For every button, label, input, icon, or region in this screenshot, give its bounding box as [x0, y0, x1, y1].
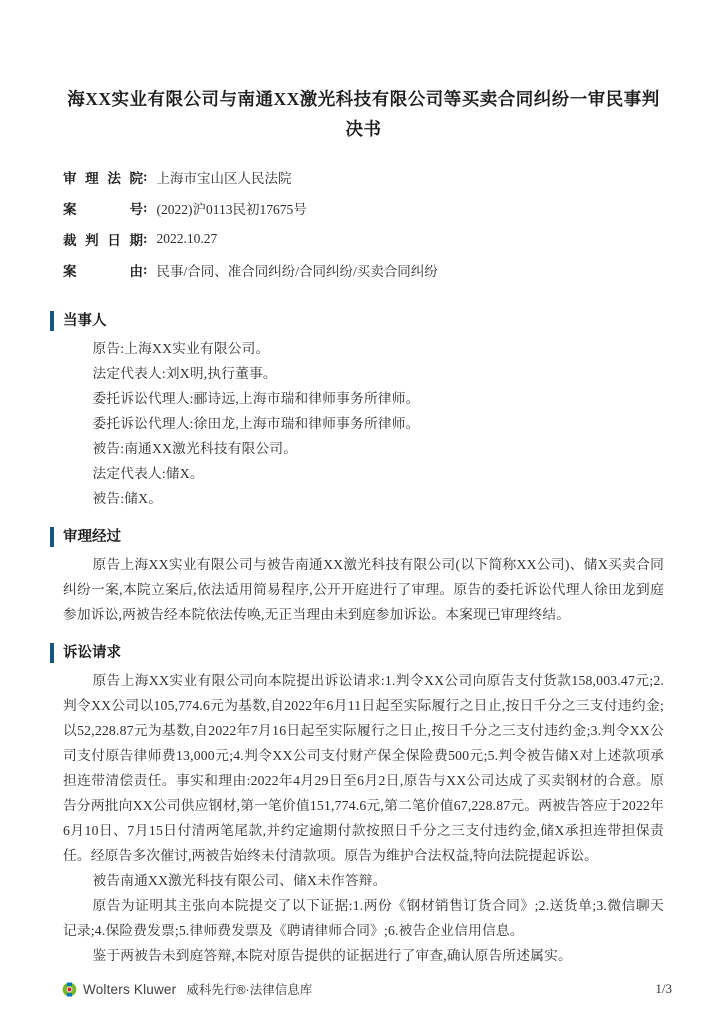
- paragraph: 被告:储X。: [63, 486, 664, 511]
- meta-colon: :: [143, 169, 148, 185]
- paragraph: 原告:上海XX实业有限公司。: [63, 336, 664, 361]
- meta-value: 民事/合同、准合同纠纷/合同纠纷/买卖合同纠纷: [157, 260, 438, 280]
- document-page: 海XX实业有限公司与南通XX激光科技有限公司等买卖合同纠纷一审民事判决书 审理法…: [0, 0, 724, 1024]
- meta-row-judgment-date: 裁判日期:2022.10.27: [63, 223, 664, 254]
- wolters-kluwer-logo-icon: [62, 982, 77, 997]
- paragraph: 委托诉讼代理人:徐田龙,上海市瑞和律师事务所律师。: [63, 411, 664, 436]
- section-heading: 当事人: [50, 311, 664, 331]
- paragraph: 法定代表人:储X。: [63, 461, 664, 486]
- paragraph: 被告南通XX激光科技有限公司、储X未作答辩。: [63, 868, 664, 893]
- product-name: 威科先行®·法律信息库: [186, 980, 312, 998]
- section-trial-process: 审理经过 原告上海XX实业有限公司与被告南通XX激光科技有限公司(以下简称XX公…: [63, 527, 664, 627]
- page-footer: Wolters Kluwer 威科先行®·法律信息库 1/3: [62, 980, 672, 998]
- page-number: 1/3: [655, 981, 672, 997]
- document-title: 海XX实业有限公司与南通XX激光科技有限公司等买卖合同纠纷一审民事判决书: [67, 84, 660, 144]
- meta-colon: :: [143, 231, 148, 247]
- meta-row-court: 审理法院:上海市宝山区人民法院: [63, 161, 664, 192]
- section-heading: 审理经过: [50, 527, 664, 547]
- meta-label: 案由: [63, 260, 143, 280]
- meta-row-cause-of-action: 案由:民事/合同、准合同纠纷/合同纠纷/买卖合同纠纷: [63, 254, 664, 285]
- meta-row-case-number: 案号:(2022)沪0113民初17675号: [63, 192, 664, 223]
- section-claims: 诉讼请求 原告上海XX实业有限公司向本院提出诉讼请求:1.判令XX公司向原告支付…: [63, 643, 664, 968]
- section-heading: 诉讼请求: [50, 643, 664, 663]
- paragraph: 原告上海XX实业有限公司与被告南通XX激光科技有限公司(以下简称XX公司)、储X…: [63, 552, 664, 627]
- brand-wordmark: Wolters Kluwer: [83, 982, 176, 997]
- metadata-block: 审理法院:上海市宝山区人民法院 案号:(2022)沪0113民初17675号 裁…: [63, 161, 664, 285]
- meta-label: 审理法院: [63, 167, 143, 187]
- paragraph: 法定代表人:刘X明,执行董事。: [63, 361, 664, 386]
- paragraph: 原告上海XX实业有限公司向本院提出诉讼请求:1.判令XX公司向原告支付货款158…: [63, 668, 664, 868]
- meta-value: 上海市宝山区人民法院: [157, 167, 292, 187]
- paragraph: 被告:南通XX激光科技有限公司。: [63, 436, 664, 461]
- paragraph: 鉴于两被告未到庭答辩,本院对原告提供的证据进行了审查,确认原告所述属实。: [63, 943, 664, 968]
- meta-colon: :: [143, 200, 148, 216]
- meta-label: 案号: [63, 198, 143, 218]
- paragraph: 委托诉讼代理人:郦诗远,上海市瑞和律师事务所律师。: [63, 386, 664, 411]
- meta-colon: :: [143, 262, 148, 278]
- paragraph: 原告为证明其主张向本院提交了以下证据:1.两份《钢材销售订货合同》;2.送货单;…: [63, 893, 664, 943]
- meta-label: 裁判日期: [63, 229, 143, 249]
- meta-value: (2022)沪0113民初17675号: [157, 198, 307, 218]
- footer-brand-group: Wolters Kluwer 威科先行®·法律信息库: [62, 980, 312, 998]
- meta-value: 2022.10.27: [157, 231, 218, 247]
- section-parties: 当事人 原告:上海XX实业有限公司。 法定代表人:刘X明,执行董事。 委托诉讼代…: [63, 311, 664, 511]
